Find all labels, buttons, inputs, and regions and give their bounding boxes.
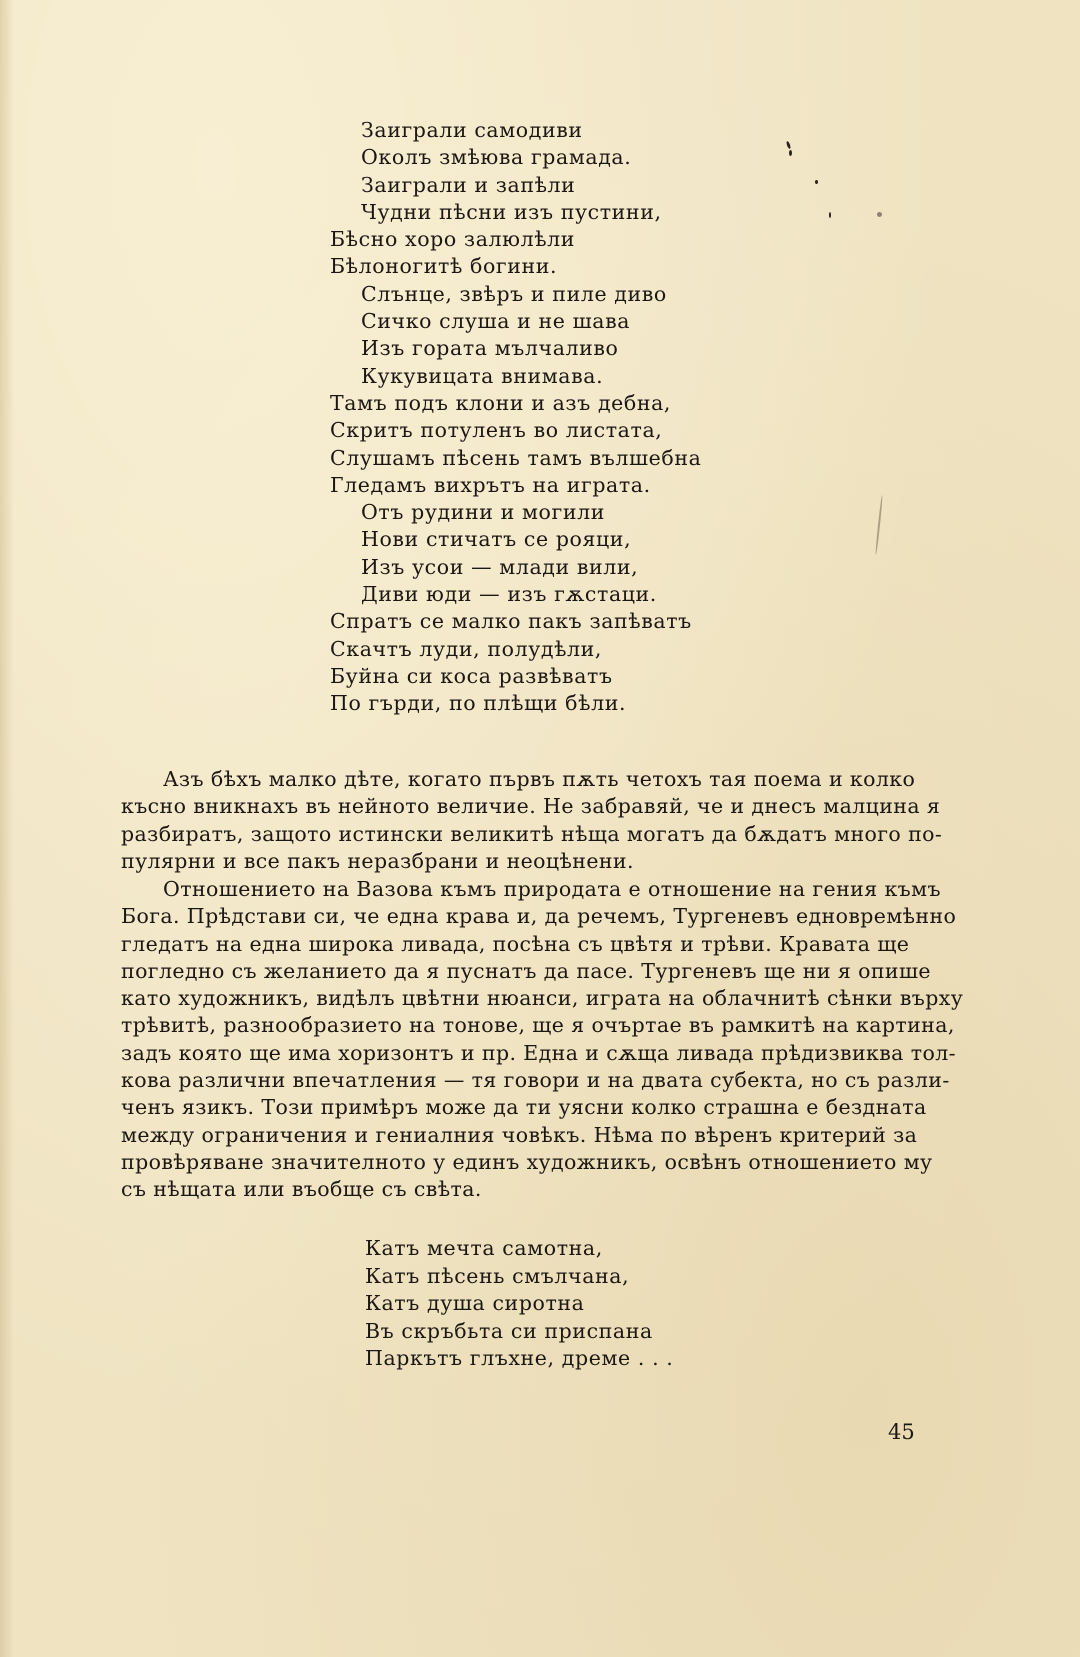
paragraph-line: ченъ язикъ. Този примѣръ може да ти уясн… <box>121 1094 907 1121</box>
paragraph-line: късно вникнахъ въ нейното величие. Не за… <box>121 793 907 820</box>
verse-line: По гърди, по плѣщи бѣли. <box>330 690 701 717</box>
verse-line: Катъ душа сиротна <box>365 1290 673 1318</box>
poem-stanza-1: Заиграли самодиви Околъ змѣюва грамада. … <box>330 117 701 718</box>
paragraph-line: погледно съ желанието да я пуснатъ да па… <box>121 958 907 985</box>
paragraph-line: между ограничения и гениалния човѣкъ. Нѣ… <box>121 1122 907 1149</box>
paragraph-line: кова различни впечатления — тя говори и … <box>121 1067 907 1094</box>
verse-line: Нови стичатъ се рояци, <box>330 526 701 553</box>
verse-line: Изъ усои — млади вили, <box>330 554 701 581</box>
verse-line: Заиграли и запѣли <box>330 172 701 199</box>
verse-line: Скритъ потуленъ во листата, <box>330 417 701 444</box>
ink-speck <box>815 180 818 184</box>
ink-speck <box>875 495 883 555</box>
paragraph-line: задъ която ще има хоризонтъ и пр. Една и… <box>121 1040 907 1067</box>
page-edge-shadow <box>0 0 14 1657</box>
ink-speck <box>877 212 882 217</box>
verse-line: Кукувицата внимава. <box>330 363 701 390</box>
paragraph-line: Бога. Прѣдстави си, че една крава и, да … <box>121 903 907 930</box>
paragraph-line: като художникъ, видѣлъ цвѣтни нюанси, иг… <box>121 985 907 1012</box>
verse-line: Паркътъ глъхне, дреме . . . <box>365 1345 673 1373</box>
verse-line: Бѣсно хоро залюлѣли <box>330 226 701 253</box>
verse-line: Бѣлоногитѣ богини. <box>330 253 701 280</box>
paragraph-line: съ нѣщата или въобще съ свѣта. <box>121 1176 907 1203</box>
verse-line: Изъ гората мълчаливо <box>330 335 701 362</box>
prose-paragraph-1: Азъ бѣхъ малко дѣте, когато първъ пѫть ч… <box>121 766 907 875</box>
verse-line: Сичко слуша и не шава <box>330 308 701 335</box>
verse-line: Въ скръбьта си приспана <box>365 1318 673 1346</box>
verse-line: Слушамъ пѣсень тамъ вълшебна <box>330 445 701 472</box>
verse-line: Чудни пѣсни изъ пустини, <box>330 199 701 226</box>
verse-line: Слънце, звѣръ и пиле диво <box>330 281 701 308</box>
verse-line: Отъ рудини и могили <box>330 499 701 526</box>
poem-stanza-2: Катъ мечта самотна, Катъ пѣсень смълчана… <box>365 1235 673 1373</box>
verse-line: Тамъ подъ клони и азъ дебна, <box>330 390 701 417</box>
verse-line: Диви юди — изъ гѫстаци. <box>330 581 701 608</box>
prose-paragraph-2: Отношението на Вазова къмъ природата е о… <box>121 876 907 1204</box>
paragraph-line: пулярни и все пакъ неразбрани и неоцѣнен… <box>121 848 907 875</box>
paragraph-line: Отношението на Вазова къмъ природата е о… <box>121 876 907 903</box>
paragraph-line: трѣвитѣ, разнообразието на тонове, ще я … <box>121 1012 907 1039</box>
paragraph-line: гледатъ на една широка ливада, посѣна съ… <box>121 931 907 958</box>
paragraph-line: Азъ бѣхъ малко дѣте, когато първъ пѫть ч… <box>121 766 907 793</box>
verse-line: Катъ мечта самотна, <box>365 1235 673 1263</box>
ink-speck <box>829 212 831 218</box>
paragraph-line: провѣряване значителното у единъ художни… <box>121 1149 907 1176</box>
page-number: 45 <box>888 1420 915 1444</box>
verse-line: Околъ змѣюва грамада. <box>330 144 701 171</box>
verse-line: Буйна си коса развѣватъ <box>330 663 701 690</box>
ink-speck <box>789 150 792 156</box>
verse-line: Скачтъ луди, полудѣли, <box>330 636 701 663</box>
verse-line: Спратъ се малко пакъ запѣватъ <box>330 608 701 635</box>
verse-line: Гледамъ вихрътъ на играта. <box>330 472 701 499</box>
paragraph-line: разбиратъ, защото истински великитѣ нѣща… <box>121 821 907 848</box>
verse-line: Катъ пѣсень смълчана, <box>365 1263 673 1291</box>
verse-line: Заиграли самодиви <box>330 117 701 144</box>
ink-speck <box>786 141 792 150</box>
